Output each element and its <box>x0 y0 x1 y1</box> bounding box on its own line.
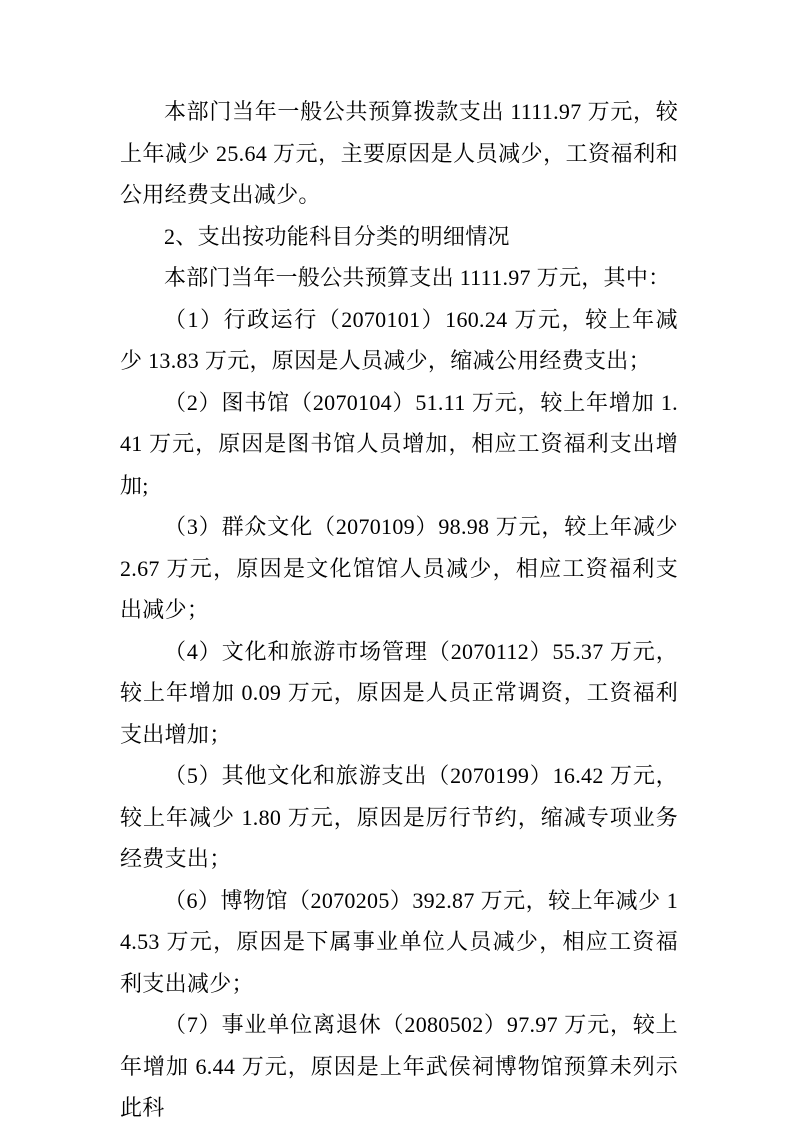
paragraph-total-appropriation-expenditure: 本部门当年一般公共预算拨款支出 1111.97 万元，较上年减少 25.64 万… <box>120 91 678 216</box>
item-6-museum: （6）博物馆（2070205）392.87 万元，较上年减少 14.53 万元，… <box>120 880 678 1005</box>
item-7-institution-retirement: （7）事业单位离退休（2080502）97.97 万元，较上年增加 6.44 万… <box>120 1004 678 1122</box>
heading-expenditure-by-function: 2、支出按功能科目分类的明细情况 <box>120 216 678 258</box>
item-5-other-culture-tourism-expenditure: （5）其他文化和旅游支出（2070199）16.42 万元，较上年减少 1.80… <box>120 755 678 880</box>
item-2-library: （2）图书馆（2070104）51.11 万元，较上年增加 1.41 万元，原因… <box>120 382 678 507</box>
item-1-administrative-operation: （1）行政运行（2070101）160.24 万元，较上年减少 13.83 万元… <box>120 299 678 382</box>
paragraph-total-budget-expenditure: 本部门当年一般公共预算支出 1111.97 万元，其中： <box>120 257 678 299</box>
item-3-mass-culture: （3）群众文化（2070109）98.98 万元，较上年减少 2.67 万元，原… <box>120 506 678 631</box>
document-body: 本部门当年一般公共预算拨款支出 1111.97 万元，较上年减少 25.64 万… <box>120 91 678 1122</box>
item-4-culture-tourism-market-management: （4）文化和旅游市场管理（2070112）55.37 万元，较上年增加 0.09… <box>120 631 678 756</box>
document-page: 本部门当年一般公共预算拨款支出 1111.97 万元，较上年减少 25.64 万… <box>0 0 793 1122</box>
